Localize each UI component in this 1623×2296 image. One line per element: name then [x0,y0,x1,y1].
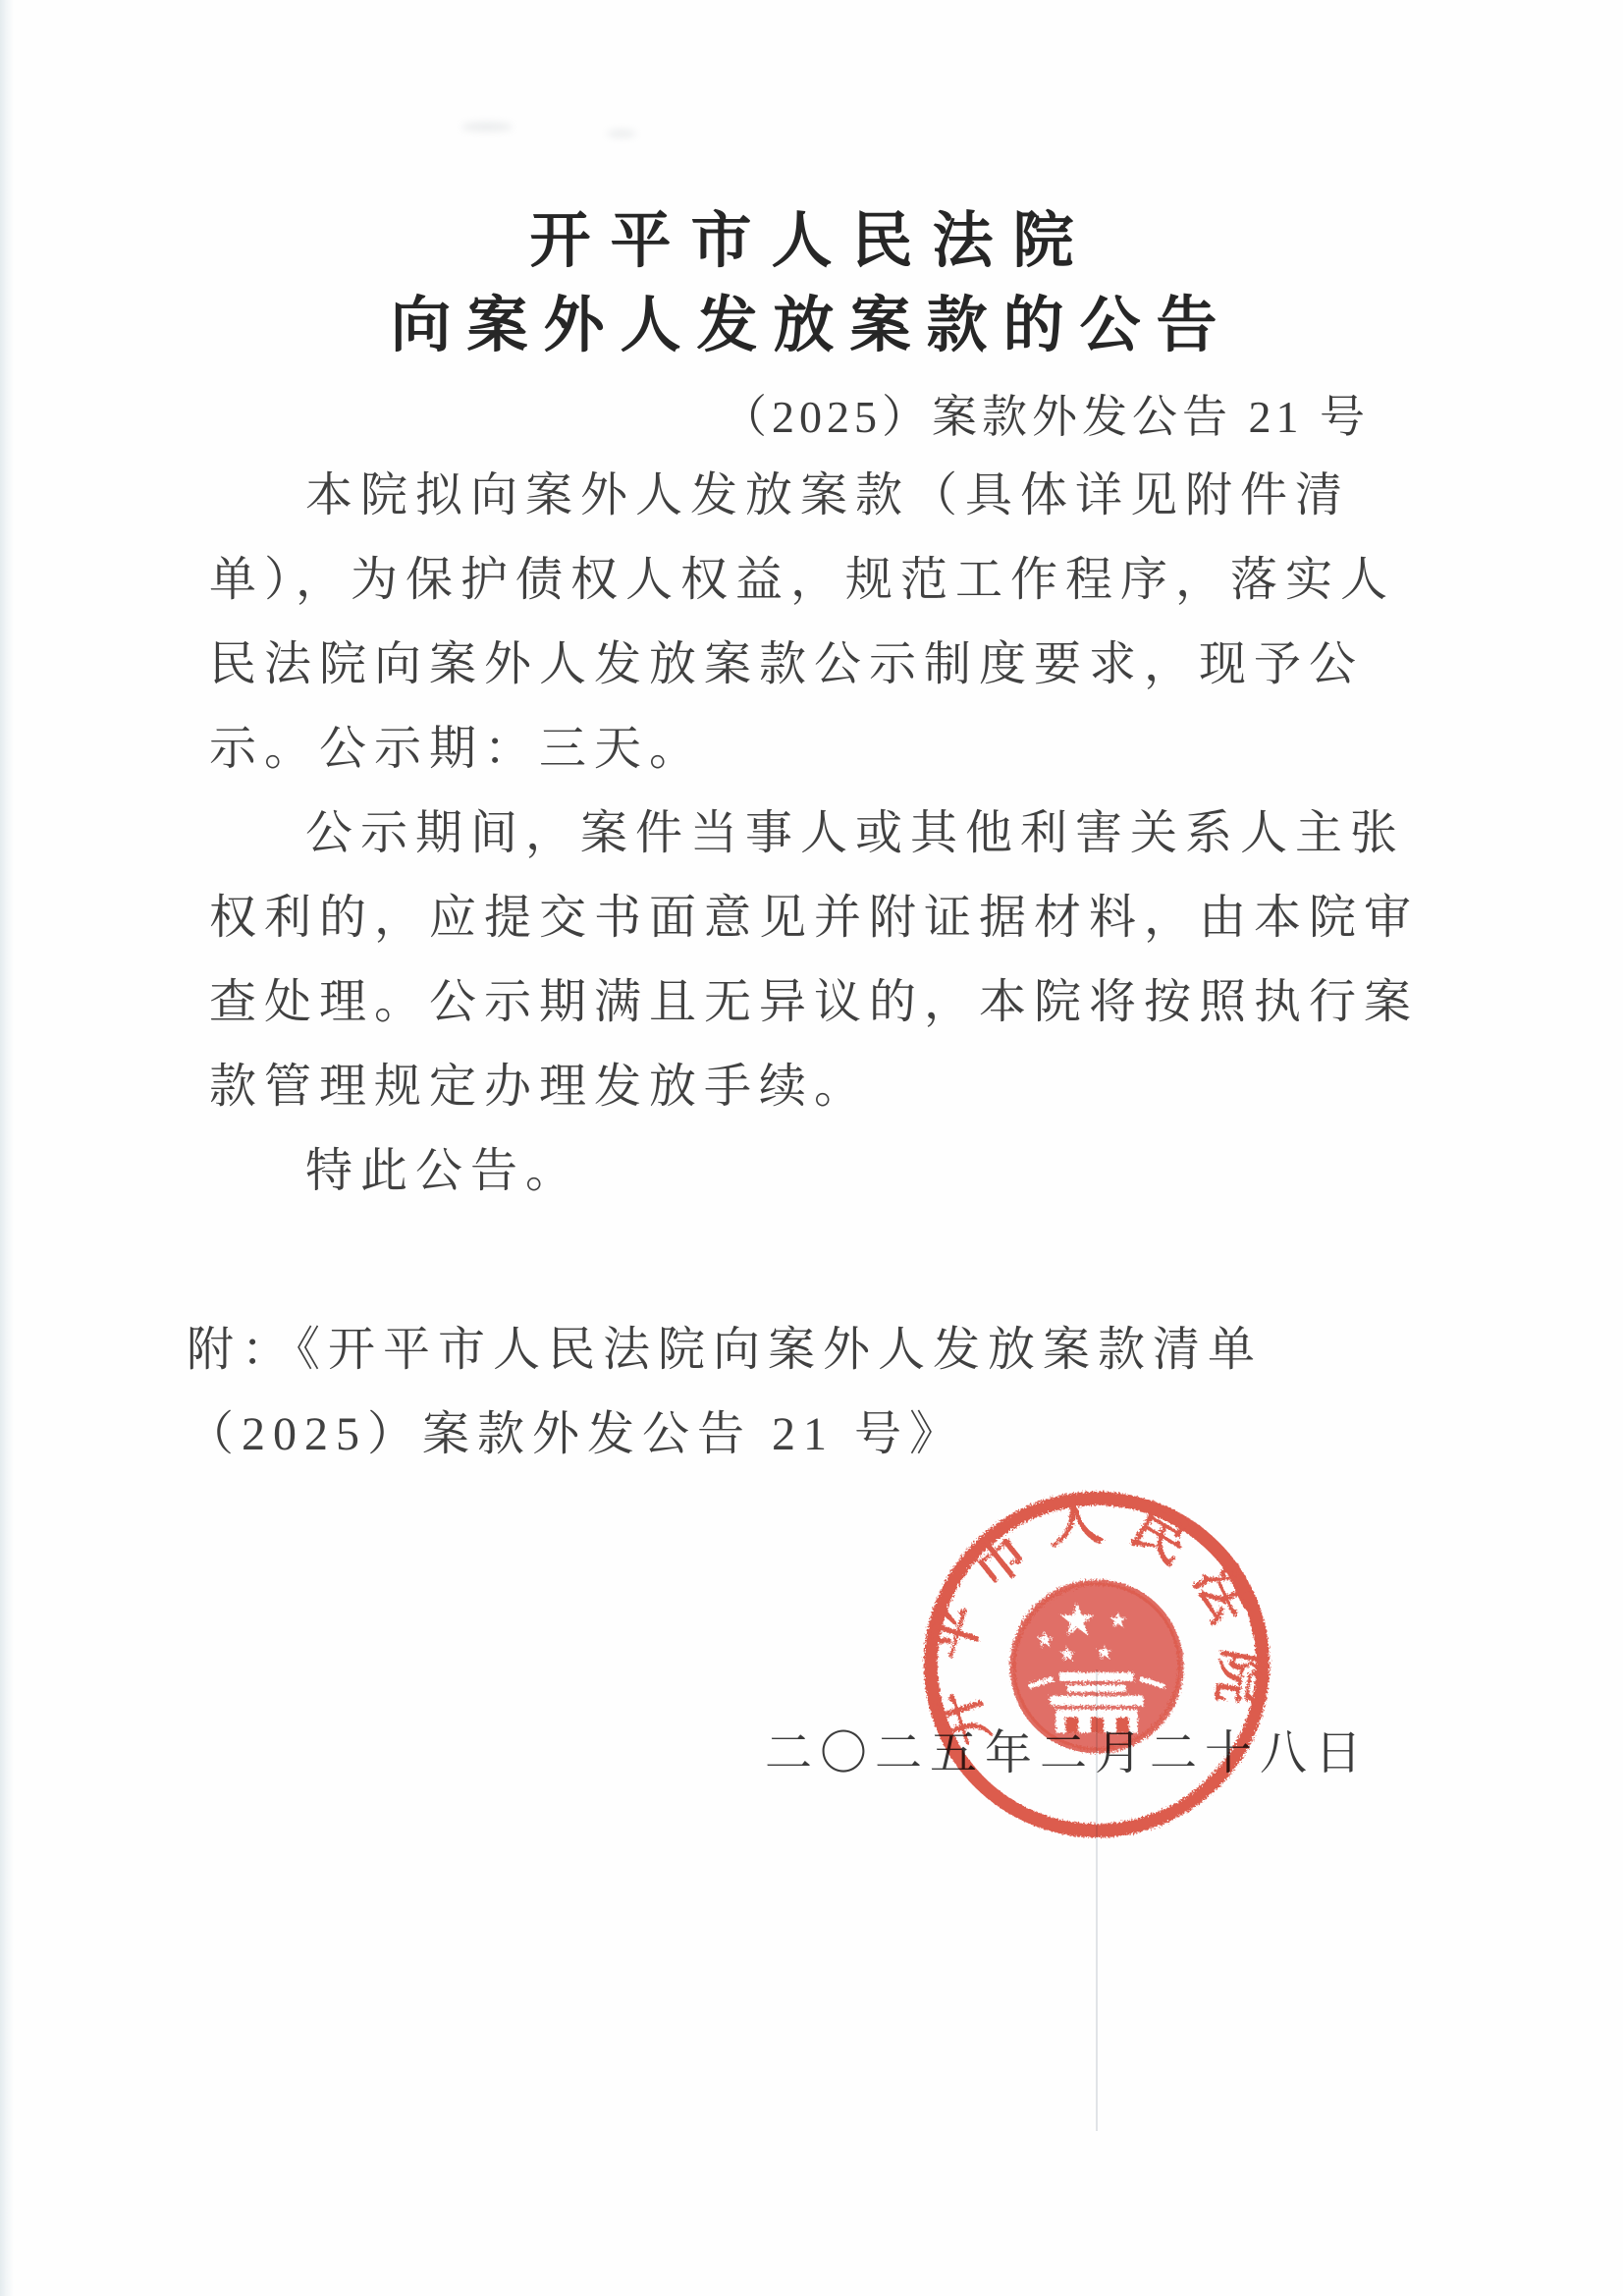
court-seal: 开平市人民法院 ★ ★ ★ ★ ★ [911,1479,1282,1850]
big-star-icon: ★ [1057,1594,1098,1646]
paragraph1-line3: 民法院向案外人发放案款公示制度要求，现予公 [209,623,1417,707]
scan-smudge [607,130,636,137]
scan-smudge [461,122,513,132]
notice-title: 向案外人发放案款的公告 [0,287,1623,365]
national-emblem-icon: ★ ★ ★ ★ ★ [1012,1582,1180,1750]
paragraph2-line1: 公示期间，案件当事人或其他利害关系人主张 [209,792,1417,876]
attachment-line2: （2025）案款外发公告 21 号》 [187,1393,1463,1477]
scanned-court-notice-page: 开平市人民法院 向案外人发放案款的公告 （2025）案款外发公告 21 号 本院… [0,0,1623,2296]
paragraph2-line4: 款管理规定办理发放手续。 [209,1045,1417,1129]
paragraph2-line3: 查处理。公示期满且无异议的，本院将按照执行案 [209,960,1417,1045]
small-star-icon: ★ [1058,1643,1076,1666]
document-number: （2025）案款外发公告 21 号 [722,387,1370,448]
small-star-icon: ★ [1035,1628,1055,1653]
paragraph2-line2: 权利的，应提交书面意见并附证据材料，由本院审 [209,876,1417,960]
paragraph1-line1: 本院拟向案外人发放案款（具体详见附件清 [209,454,1417,538]
closing-line: 特此公告。 [209,1129,1417,1214]
paragraph1-line2: 单），为保护债权人权益，规范工作程序，落实人 [209,538,1417,623]
notice-body: 本院拟向案外人发放案款（具体详见附件清 单），为保护债权人权益，规范工作程序，落… [209,454,1417,1214]
attachment-line1: 附：《开平市人民法院向案外人发放案款清单 [187,1308,1463,1393]
paragraph1-line4: 示。公示期：三天。 [209,707,1417,792]
attachment-reference: 附：《开平市人民法院向案外人发放案款清单 （2025）案款外发公告 21 号》 [187,1308,1463,1477]
court-name-title: 开平市人民法院 [0,202,1623,281]
small-star-icon: ★ [1109,1609,1128,1633]
small-star-icon: ★ [1096,1641,1113,1664]
